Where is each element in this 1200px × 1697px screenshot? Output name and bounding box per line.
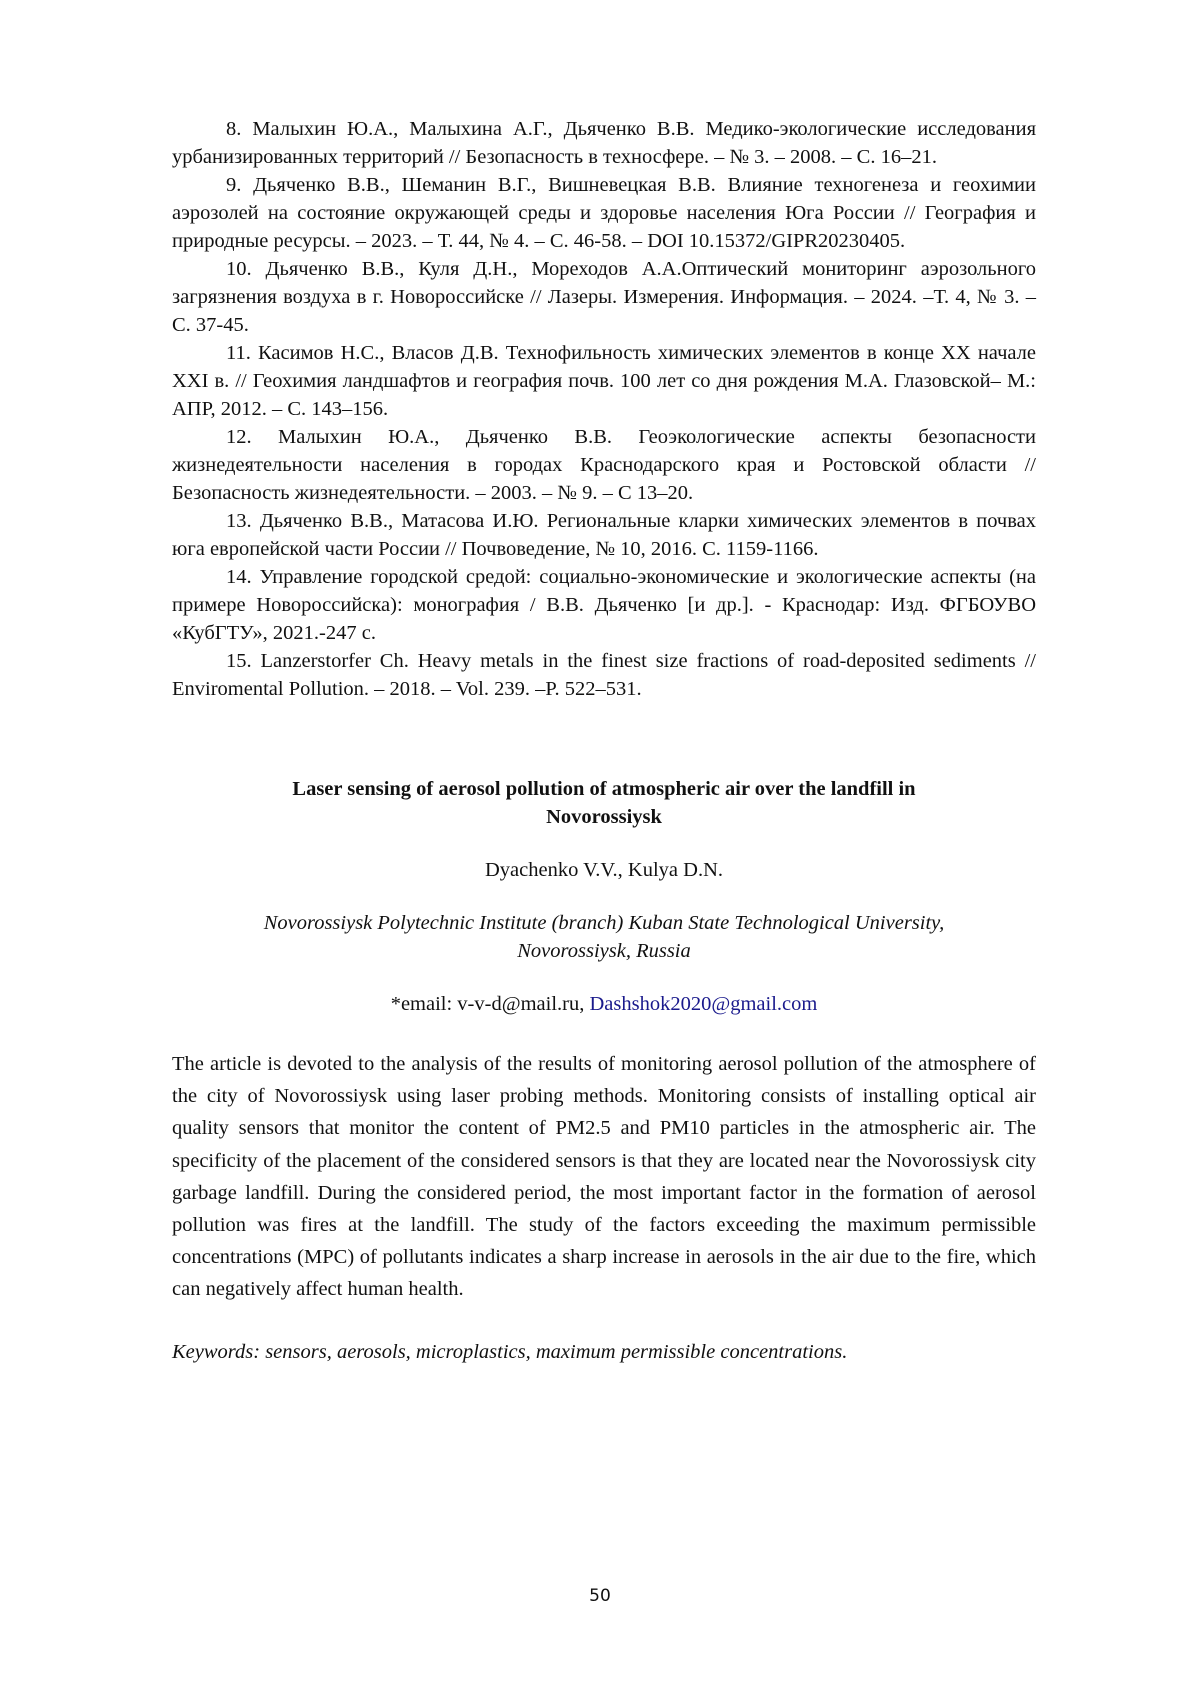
email-prefix: *email: v-v-d@mail.ru, bbox=[391, 993, 590, 1015]
reference-item: 13. Дьяченко В.В., Матасова И.Ю. Региона… bbox=[172, 507, 1036, 563]
reference-item: 12. Малыхин Ю.А., Дьяченко В.В. Геоэколо… bbox=[172, 423, 1036, 507]
article-authors: Dyachenko V.V., Kulya D.N. bbox=[172, 856, 1036, 884]
reference-item: 15. Lanzerstorfer Ch. Heavy metals in th… bbox=[172, 647, 1036, 703]
article-email: *email: v-v-d@mail.ru, Dashshok2020@gmai… bbox=[172, 990, 1036, 1018]
reference-item: 8. Малыхин Ю.А., Малыхина А.Г., Дьяченко… bbox=[172, 115, 1036, 171]
reference-item: 9. Дьяченко В.В., Шеманин В.Г., Вишневец… bbox=[172, 171, 1036, 255]
article-affiliation: Novorossiysk Polytechnic Institute (bran… bbox=[172, 909, 1036, 965]
reference-item: 11. Касимов Н.С., Власов Д.В. Технофильн… bbox=[172, 339, 1036, 423]
reference-list: 8. Малыхин Ю.А., Малыхина А.Г., Дьяченко… bbox=[172, 115, 1036, 703]
article-title: Laser sensing of aerosol pollution of at… bbox=[172, 775, 1036, 831]
email-link[interactable]: Dashshok2020@gmail.com bbox=[589, 993, 817, 1015]
reference-item: 14. Управление городской средой: социаль… bbox=[172, 563, 1036, 647]
reference-item: 10. Дьяченко В.В., Куля Д.Н., Мореходов … bbox=[172, 255, 1036, 339]
article-keywords: Keywords: sensors, aerosols, microplasti… bbox=[172, 1336, 1036, 1368]
article-abstract: The article is devoted to the analysis o… bbox=[172, 1048, 1036, 1306]
page-content: 8. Малыхин Ю.А., Малыхина А.Г., Дьяченко… bbox=[172, 115, 1036, 1368]
page-number: 50 bbox=[0, 1586, 1200, 1606]
